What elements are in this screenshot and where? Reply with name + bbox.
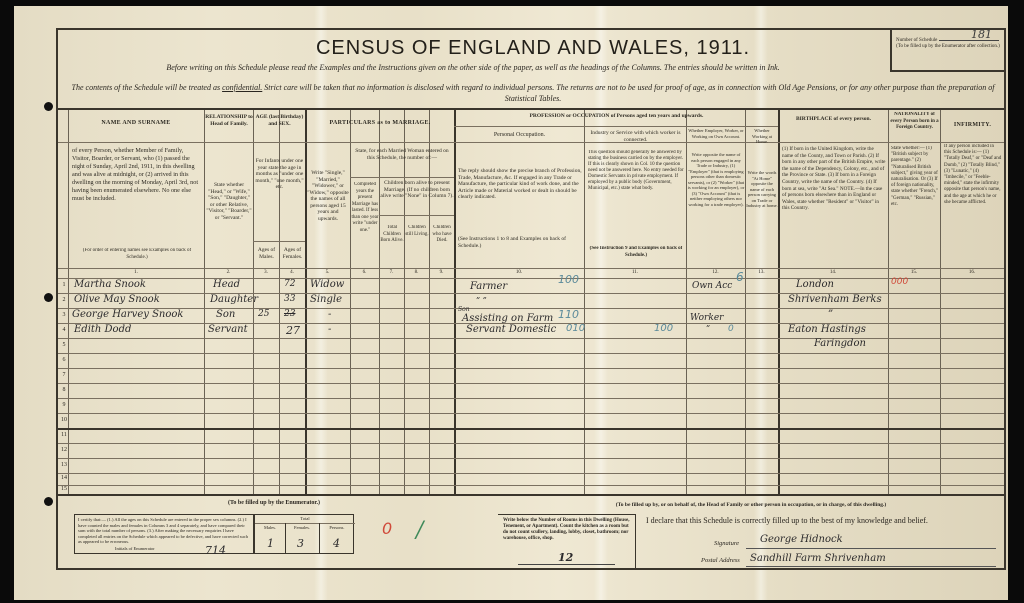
enumerator-initials: 714 <box>205 548 226 554</box>
schedule-note: (To be filled up by the Enumerator after… <box>896 44 1000 50</box>
col-line <box>350 110 351 494</box>
cell-age-female: 72 <box>284 279 295 289</box>
binding-hole <box>44 293 53 302</box>
row-number: 4 <box>60 327 68 333</box>
cell-employer-status: Own Acc <box>692 281 732 291</box>
rooms-count: 12 <box>558 555 573 561</box>
signature: George Hidnock <box>760 534 843 545</box>
col-line <box>584 110 585 494</box>
col-line <box>429 110 430 494</box>
cell-birthplace: ” <box>828 309 833 320</box>
postal-address: Sandhill Farm Shrivenham <box>750 553 886 564</box>
header-infirmity-body: If any person included in this Schedule … <box>944 144 1002 206</box>
cell-employer-status: ” <box>706 324 710 333</box>
row-number: 11 <box>60 432 68 438</box>
cell-occupation-prefix: Son <box>458 306 470 313</box>
row-number: 5 <box>60 342 68 348</box>
header-marriage-state: State, for each Married Woman entered on… <box>352 148 452 161</box>
header-industry-note: (See Instruction 9 and Examples on back … <box>588 246 684 259</box>
cell-occupation-code: 110 <box>558 308 579 321</box>
form-subtitle: Before writing on this Schedule please r… <box>58 63 888 72</box>
header-children-living: Children still Living. <box>405 225 429 238</box>
binding-hole <box>44 102 53 111</box>
cell-birthplace-line2: Faringdon <box>814 338 866 349</box>
cell-occupation: Farmer <box>470 281 507 292</box>
declaration-text: I declare that this Schedule is correctl… <box>646 516 928 525</box>
cell-employer-code: 0 <box>728 324 734 334</box>
col-line <box>68 110 69 494</box>
schedule-number: 181 <box>971 32 992 38</box>
col-line <box>745 110 746 494</box>
row-number: 1 <box>60 282 68 288</box>
header-infirmity: INFIRMITY. <box>941 122 1004 129</box>
col-line <box>305 110 307 494</box>
total-females: 3 <box>297 537 304 550</box>
row-number: 7 <box>60 372 68 378</box>
cell-age-female: 27 <box>286 324 300 337</box>
header-industry: Industry or Service with which worker is… <box>585 130 686 143</box>
cell-industry-code: 100 <box>654 323 673 334</box>
header-relationship: RELATIONSHIP to Head of Family. <box>205 114 253 127</box>
row-number: 8 <box>60 387 68 393</box>
header-nationality: NATIONALITY of every Person born in a Fo… <box>889 112 940 132</box>
cell-name: Olive May Snook <box>74 294 160 305</box>
col-line <box>778 110 780 494</box>
total-persons: 4 <box>333 537 340 550</box>
cell-relationship: Daughter <box>210 294 258 305</box>
cell-occupation: Servant Domestic <box>466 324 556 335</box>
header-age: AGE (last Birthday) and SEX. <box>254 114 305 127</box>
header-name-note: (For order of entering names see Example… <box>72 248 202 261</box>
row-number: 9 <box>60 402 68 408</box>
cell-name: Martha Snook <box>74 279 146 290</box>
certificate-text: I certify that:— (1.) All the ages on th… <box>78 517 250 545</box>
header-nationality-body: State whether:— (1) "British subject by … <box>891 146 939 208</box>
header-name: NAME AND SURNAME <box>68 120 204 127</box>
header-home: Whether Working at Home. <box>746 128 778 145</box>
cell-marriage: - <box>328 309 331 320</box>
col-line <box>940 110 941 494</box>
cell-marriage: Single <box>310 294 342 305</box>
header-profession: PROFESSION or OCCUPATION of Persons aged… <box>455 113 778 120</box>
cell-relationship: Son <box>216 309 235 320</box>
cell-occupation: ” ” <box>476 296 487 305</box>
household-declaration-section: (To be filled up by, or on behalf of, th… <box>498 500 1004 572</box>
cell-occupation-code: 010 <box>566 323 585 334</box>
green-check-mark: / <box>416 518 423 543</box>
cell-marriage: Widow <box>310 279 344 290</box>
cell-relationship: Servant <box>208 324 248 335</box>
household-table: NAME AND SURNAME of every Person, whethe… <box>58 108 1004 496</box>
totals-box: Total Males. Females. Persons. 1 3 4 <box>254 514 354 554</box>
binding-hole <box>44 497 53 506</box>
header-name-body: of every Person, whether Member of Famil… <box>72 147 202 203</box>
cell-age-female: 33 <box>284 294 295 304</box>
signature-label: Signature <box>714 540 739 547</box>
cell-occupation-code: 100 <box>558 273 579 286</box>
header-relationship-body: State whether "Head," or "Wife," "Son," … <box>206 182 252 221</box>
col-line <box>204 110 205 494</box>
header-marriage-children: Children born alive to present Marriage.… <box>380 180 454 200</box>
header-age-males: Ages of Males. <box>254 247 279 260</box>
enumerator-section: (To be filled up by the Enumerator.) I c… <box>64 514 484 570</box>
header-marriage-write: Write "Single," "Married," "Widower," or… <box>307 170 349 222</box>
cell-birthplace: Eaton Hastings <box>788 324 866 335</box>
header-children-total: Total Children Born Alive. <box>380 225 404 245</box>
header-personal-body: The reply should show the precise branch… <box>458 168 582 201</box>
total-males: 1 <box>267 537 274 550</box>
header-birthplace-body: (1) If born in the United Kingdom, write… <box>782 146 886 212</box>
header-age-females: Ages of Females. <box>280 247 305 260</box>
household-caption: (To be filled up by, or on behalf of, th… <box>498 502 1004 508</box>
cell-occupation: Assisting on Farm <box>462 313 553 324</box>
enumerator-certificate: I certify that:— (1.) All the ages on th… <box>74 514 254 554</box>
cell-nationality-code: 000 <box>891 277 908 287</box>
cell-name: George Harvey Snook <box>72 309 183 320</box>
cell-birthplace: London <box>796 279 834 290</box>
enumerator-caption: (To be filled up by the Enumerator.) <box>64 500 484 506</box>
row-number: 13 <box>60 462 68 468</box>
row-number: 10 <box>60 417 68 423</box>
header-personal-note: (See Instructions 1 to 8 and Examples on… <box>458 236 582 249</box>
col-line <box>404 110 405 494</box>
cell-marriage: - <box>328 324 331 335</box>
row-number: 6 <box>60 357 68 363</box>
cell-employer-status: Worker <box>690 313 723 323</box>
header-personal-occupation: Personal Occupation. <box>455 132 584 139</box>
header-marriage: PARTICULARS as to MARRIAGE. <box>306 120 454 127</box>
header-children-died: Children who have Died. <box>430 225 454 245</box>
employer-col-mark: 6 <box>736 270 744 284</box>
header-home-body: Write the words "At Home" opposite the n… <box>746 170 778 209</box>
cell-name: Edith Dodd <box>74 324 131 335</box>
schedule-number-box: 181 Number of Schedule (To be filled up … <box>890 28 1006 72</box>
header-employer-body: Write opposite the name of each person e… <box>687 152 745 207</box>
cell-relationship: Head <box>213 279 240 290</box>
form-title: CENSUS OF ENGLAND AND WALES, 1911. <box>58 37 1008 60</box>
col-line <box>888 110 889 494</box>
cell-birthplace: Shrivenham Berks <box>788 294 882 305</box>
header-age-body: For Infants under one year state the age… <box>255 158 304 191</box>
row-number: 2 <box>60 297 68 303</box>
header-industry-body: This question should generally be answer… <box>588 150 684 192</box>
rooms-instruction: Write below the Number of Rooms in this … <box>503 518 630 542</box>
col-line <box>379 110 380 494</box>
header-birthplace: BIRTHPLACE of every person. <box>779 116 888 123</box>
row-number: 12 <box>60 447 68 453</box>
initials-label: Initials of Enumerator <box>115 546 155 552</box>
red-check-mark: 0 <box>382 519 392 538</box>
header-employer: Whether Employer, Worker, or Working on … <box>687 128 745 139</box>
header-marriage-years: Completed years the present Marriage has… <box>351 182 379 234</box>
row-number: 15 <box>60 486 68 492</box>
rooms-box: Write below the Number of Rooms in this … <box>498 514 636 570</box>
col-line <box>454 110 456 494</box>
schedule-number-label: Number of Schedule <box>896 38 937 43</box>
confidentiality-notice: The contents of the Schedule will be tre… <box>68 82 998 104</box>
row-number: 3 <box>60 312 68 318</box>
column-number-row: 1. 2. 3. 4. 5. 6. 7. 8. 9. 10. 11. 12. 1… <box>58 268 1004 278</box>
cell-age-female-struck: 23 <box>284 309 295 319</box>
cell-age-male: 25 <box>258 309 269 319</box>
row-number: 14 <box>60 475 68 481</box>
census-form: CENSUS OF ENGLAND AND WALES, 1911. Befor… <box>56 28 1006 570</box>
postal-address-label: Postal Address <box>701 557 740 564</box>
